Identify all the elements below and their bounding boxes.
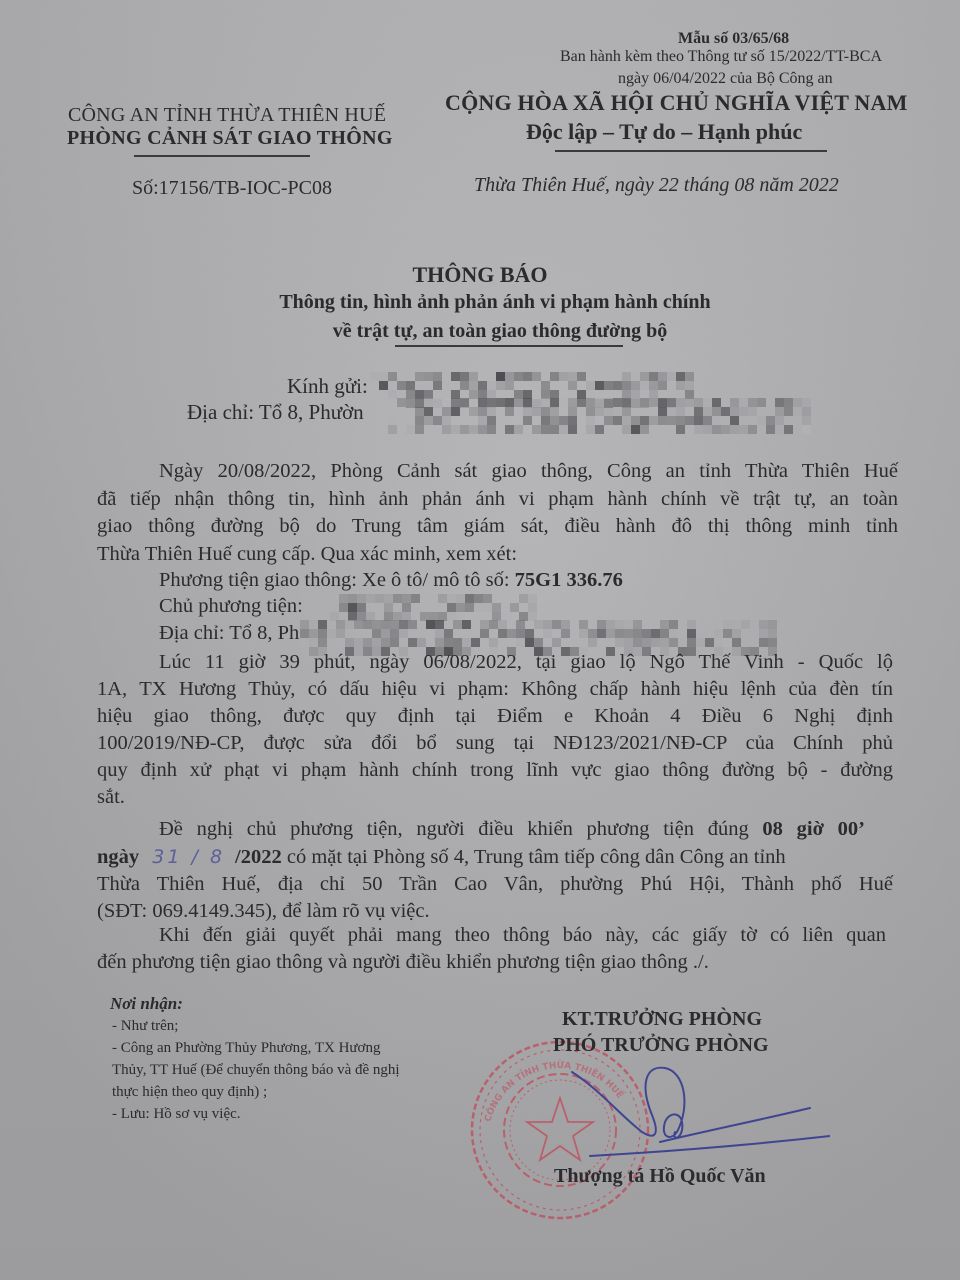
signer-name: Thượng tá Hồ Quốc Văn (554, 1165, 766, 1188)
recipient-item: - Công an Phường Thủy Phương, TX Hương (112, 1040, 380, 1057)
request-year: /2022 (235, 846, 282, 868)
recipient-label: Kính gửi: (287, 374, 368, 399)
request-line2: ngày 31 / 8/2022 có mặt tại Phòng số 4, … (97, 846, 889, 869)
request-text: Đề nghị chủ phương tiện, người điều khiể… (159, 818, 762, 840)
agency-name: PHÒNG CẢNH SÁT GIAO THÔNG (67, 127, 393, 150)
owner-label: Chủ phương tiện: (159, 595, 303, 618)
paragraph-line: Ngày 20/08/2022, Phòng Cảnh sát giao thô… (159, 460, 898, 483)
form-number: Mẫu số 03/65/68 (678, 30, 789, 48)
recipients-title: Nơi nhận: (110, 994, 183, 1014)
recipient-address-label: Địa chỉ: Tổ 8, Phườn (187, 400, 364, 425)
document-title: THÔNG BÁO (0, 262, 960, 288)
paragraph-line: 1A, TX Hương Thủy, có dấu hiệu vi phạm: … (97, 678, 893, 701)
national-motto: Độc lập – Tự do – Hạnh phúc (526, 119, 802, 145)
paragraph-line: sắt. (97, 786, 125, 809)
redacted-owner-address (300, 620, 770, 648)
paragraph-line: Thừa Thiên Huế cung cấp. Qua xác minh, x… (97, 543, 517, 566)
request-location: có mặt tại Phòng số 4, Trung tâm tiếp cô… (282, 846, 786, 868)
redacted-recipient-address (388, 398, 808, 426)
agency-parent: CÔNG AN TỈNH THỪA THIÊN HUẾ (68, 104, 386, 127)
recipient-item: thực hiện theo quy định) ; (112, 1084, 267, 1101)
signature-title-1: KT.TRƯỞNG PHÒNG (562, 1008, 762, 1031)
paragraph-line: 100/2019/NĐ-CP, được sửa đổi bổ sung tại… (97, 732, 893, 755)
recipient-item: - Như trên; (112, 1018, 178, 1035)
agency-underline (134, 155, 310, 157)
recipient-item: Thủy, TT Huế (Để chuyển thông báo và đề … (112, 1062, 400, 1079)
handwritten-signature (560, 1060, 830, 1160)
document-subtitle-line1: Thông tin, hình ảnh phản ánh vi phạm hàn… (0, 291, 960, 314)
paragraph-line: đã tiếp nhận thông tin, hình ảnh phản án… (97, 488, 898, 511)
paragraph-line: Thừa Thiên Huế, địa chỉ 50 Trần Cao Vân,… (97, 873, 893, 896)
paragraph-line: Lúc 11 giờ 39 phút, ngày 06/08/2022, tại… (159, 651, 893, 674)
vehicle-line: Phương tiện giao thông: Xe ô tô/ mô tô s… (159, 569, 623, 592)
signature-title-2: PHÓ TRƯỞNG PHÒNG (553, 1034, 769, 1057)
vehicle-label: Phương tiện giao thông: Xe ô tô/ mô tô s… (159, 569, 515, 591)
recipient-item: - Lưu: Hồ sơ vụ việc. (112, 1106, 241, 1123)
form-issued-with: Ban hành kèm theo Thông tư số 15/2022/TT… (560, 48, 882, 66)
document-subtitle-line2: về trật tự, an toàn giao thông đường bộ (0, 320, 960, 343)
paragraph-line: giao thông đường bộ do Trung tâm giám sá… (97, 515, 898, 538)
request-time: 08 giờ 00’ (762, 818, 865, 840)
subtitle-underline (395, 345, 623, 347)
request-day-label: ngày (97, 846, 139, 868)
motto-underline (555, 150, 827, 152)
paragraph-line: hiệu giao thông, được quy định tại Điểm … (97, 705, 893, 728)
document-number: Số:17156/TB-IOC-PC08 (132, 177, 332, 200)
place-date: Thừa Thiên Huế, ngày 22 tháng 08 năm 202… (474, 174, 839, 197)
owner-address-label: Địa chỉ: Tổ 8, Ph (159, 622, 299, 645)
request-line1: Đề nghị chủ phương tiện, người điều khiể… (159, 818, 865, 841)
redacted-recipient-name (370, 372, 690, 400)
form-issued-date: ngày 06/04/2022 của Bộ Công an (618, 70, 833, 88)
redacted-owner-name (330, 594, 530, 620)
national-title: CỘNG HÒA XÃ HỘI CHỦ NGHĨA VIỆT NAM (445, 90, 908, 116)
paragraph-line: quy định xử phạt vi phạm hành chính tron… (97, 759, 893, 782)
vehicle-plate: 75G1 336.76 (515, 569, 623, 591)
paragraph-line: đến phương tiện giao thông và người điều… (97, 951, 709, 974)
paragraph-line: (SĐT: 069.4149.345), để làm rõ vụ việc. (97, 900, 430, 923)
paragraph-line: Khi đến giải quyết phải mang theo thông … (159, 924, 886, 947)
handwritten-date: 31 / 8 (152, 846, 225, 868)
